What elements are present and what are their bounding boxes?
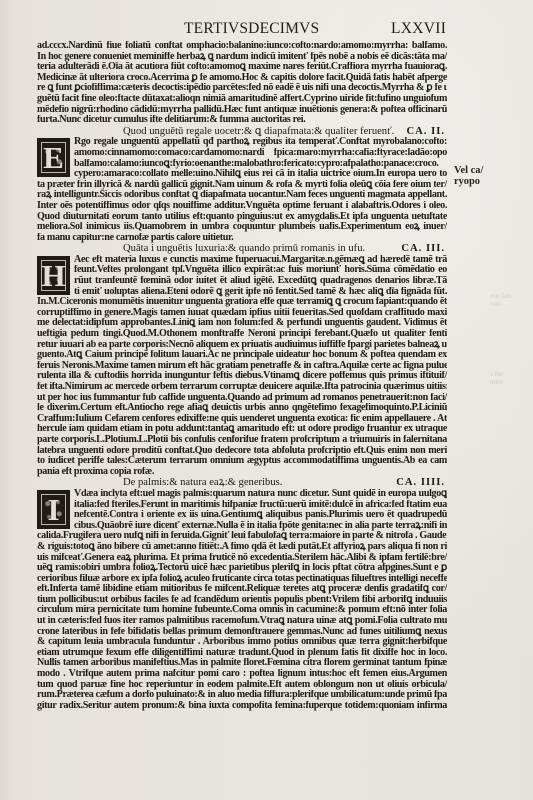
text-line: tium pollicibus:ut orbibus faciles fe ad… — [37, 595, 447, 606]
text-line: cibus.Quāobrē iure dicenť externæ.Nulla … — [37, 521, 447, 532]
text-line: amomo:cinnamomo:comaco:cardamomo:nardi f… — [37, 148, 447, 159]
text-line: Quod diuturnitati eorum tanto utilius ef… — [37, 212, 447, 223]
text-line: feunt.Veftes prolongant tpſ.Vnguēta illi… — [37, 265, 447, 276]
text-line: italia:fed fteriles.Ferunt in maritimis … — [37, 500, 447, 511]
text-line: gitur radix.Seritur autem pronum:& bina … — [37, 701, 447, 712]
text-line: meliora.Sol inimicus iis.Quamobrem in um… — [37, 222, 447, 233]
text-line: to iudicet periffe tales:Cæterum terraru… — [37, 456, 447, 467]
text-line: tum quod paruæ fine hoc reperiuntur in e… — [37, 680, 447, 691]
text-line: Vdæa inclyta eft:uel magis palmis:quarum… — [37, 489, 447, 500]
text-line: etiam utrumque fexum effe diligentiffimi… — [37, 648, 447, 659]
text-line: Aec eft materia luxus e cunctis maxime f… — [37, 255, 447, 266]
text-line: ta præter frin illyricā & nardū gallicū … — [37, 180, 447, 191]
text-line: & capitum leuia umbracula funduntur . Ar… — [37, 637, 447, 648]
text-line: hercule iam quidam etiam in potu addunt:… — [37, 424, 447, 435]
text-line: guētū facit fine oleo:ftacte dūtaxat:ali… — [37, 94, 447, 105]
chapter-body: E Rgo regale unguentū appellatū qđ parth… — [37, 137, 447, 243]
book-page: TERTIVSDECIMVS LXXVII ad.cccx.Nardinū fi… — [0, 0, 533, 800]
text-line: rum.Præterea cæfum a dorfo puluinato:& i… — [37, 690, 447, 701]
text-line: feruis Neronis.Maxime tamen mirum eft hā… — [37, 361, 447, 372]
show-through-line: s fue — [490, 370, 503, 378]
text-line: crone lateribus in fefe bifidatis bellas… — [37, 627, 447, 638]
text-line: Rgo regale unguentū appellatū qđ parthoꝝ… — [37, 137, 447, 148]
text-line: furta.Nunc dicetur cumulus ifte delitiar… — [37, 115, 447, 126]
text-line: ut per hoc ius fummantur fub caffide ung… — [37, 393, 447, 404]
folio-number: LXXVII — [391, 20, 446, 38]
chapter-label: CA. II. — [407, 126, 446, 138]
text-line: rūut tranfeuntē fœminā odor iuitet ēt al… — [37, 276, 447, 287]
chapter-4: De palmis:& natura eaꝝ:& generibus. CA. … — [37, 477, 447, 711]
chapter-3: Quāta i unguētis luxuria:& quando primū … — [37, 243, 447, 477]
chapter-title: Quāta i unguētis luxuria:& quando primū … — [123, 243, 365, 255]
text-line: mēdefio nigrū:rhodino cādidū:myrrha pall… — [37, 105, 447, 116]
text-block: ad.cccx.Nardinū fiue foliatū conftat omp… — [37, 41, 447, 711]
text-line: re ꝗ funt ꝑciofiffima:cæteris decoctis:i… — [37, 83, 447, 94]
text-line: uis mifceať.Genera eaꝝ plurima. Et prima… — [37, 553, 447, 564]
text-line: Craffum:Iulium Cefarem cenfores edixiffe… — [37, 414, 447, 425]
initial-letter: H — [41, 260, 65, 291]
text-line: nefcentē.Contra i oriente ex iis uina.Ge… — [37, 510, 447, 521]
chapter-title: De palmis:& natura eaꝝ:& generibus. — [123, 477, 282, 489]
chapter-label: CA. III. — [401, 243, 445, 255]
chapter-heading: Quāta i unguētis luxuria:& quando primū … — [37, 243, 447, 255]
decorated-initial-e: E — [37, 138, 70, 177]
text-line: & riguis:totoꝗ āno bibere cū amet:anno f… — [37, 542, 447, 553]
chapter-2: Quod unguētū regale uocetr:& ꝗ diapafmat… — [37, 126, 447, 244]
text-line: cerioribus filuæ arbore ex ipfa folioꝝ a… — [37, 574, 447, 585]
text-line: me delectat:idipfum approbantes.Liniꝗ ia… — [37, 318, 447, 329]
show-through-text: s fue mitn — [490, 370, 503, 386]
text-line: pania eft proxima copia rofæ. — [37, 467, 447, 478]
text-line: eft.Inferta tamē libidine etiam mitiorib… — [37, 584, 447, 595]
text-line: modo . Vtrifque autem prima nafcitur pom… — [37, 669, 447, 680]
marginal-note-line: Vel ca/ — [454, 166, 483, 177]
running-title: TERTIVSDECIMVS — [184, 20, 319, 38]
text-line: ad.cccx.Nardinū fiue foliatū conftat omp… — [37, 41, 447, 52]
marginal-note-line: ryopo — [454, 177, 483, 188]
text-line: Inter oēs potentiffimus odor qſqs nouiff… — [37, 201, 447, 212]
text-line: cypero:amaraco:collato melle:uino.Nihilꝗ… — [37, 169, 447, 180]
text-line: ti emiť uoluptas aliena.Eteni odorē ꝗ ge… — [37, 287, 447, 298]
intro-paragraph: ad.cccx.Nardinū fiue foliatū conftat omp… — [37, 41, 447, 126]
text-line: guento.Atꝗ Caium principē folitum lauari… — [37, 350, 447, 361]
text-line: fa manu capitur:ne carnofæ partis calore… — [37, 233, 447, 244]
show-through-line: mitn — [490, 378, 503, 386]
chapter-body: I Vdæa inclyta eft:uel magis palmis:quar… — [37, 489, 447, 711]
marginal-note: Vel ca/ ryopo — [454, 166, 483, 187]
chapter-title: Quod unguētū regale uocetr:& ꝗ diapafmat… — [123, 126, 394, 138]
text-line: parte corporis.L.Plotium.L.Plotii bis co… — [37, 435, 447, 446]
text-line: ut in cæteris:fed fuos iter ramos palmit… — [37, 616, 447, 627]
decorated-initial-i: I — [37, 490, 70, 529]
text-line: Medicinæ āt ulteriora croco.Acerrima ꝑ f… — [37, 73, 447, 84]
text-line: le dixerim.Certum eft.Antiocho rege afia… — [37, 403, 447, 414]
show-through-line: nur lam — [490, 292, 512, 300]
text-line: fet ifta.Nimirum ac mercede orbem terrar… — [37, 382, 447, 393]
text-line: In.M.Ciceronis monumētis inuenitur ungue… — [37, 297, 447, 308]
chapter-label: CA. IIII. — [396, 477, 445, 489]
text-line: raꝝ intelliguntr.Siccis odoribus conftat… — [37, 190, 447, 201]
text-line: In hoc genere conueniet meminiffe herbaꝝ… — [37, 52, 447, 63]
text-line: retur iuuari ab ea parte corporis:Necnō … — [37, 340, 447, 351]
chapter-body: H Aec eft materia luxus e cunctis maxime… — [37, 255, 447, 477]
text-line: rulenta illa & cuftodiis horrida inungun… — [37, 371, 447, 382]
running-head: TERTIVSDECIMVS LXXVII — [0, 20, 533, 38]
show-through-text: nur lam rum — [490, 292, 512, 308]
chapter-heading: De palmis:& natura eaꝝ:& generibus. CA. … — [37, 477, 447, 489]
text-line: balfamo:calamo:iuncoꝗ:fyrio:oenanthe:mal… — [37, 159, 447, 170]
chapter-heading: Quod unguētū regale uocetr:& ꝗ diapafmat… — [37, 126, 447, 138]
initial-letter: E — [43, 142, 64, 173]
decorated-initial-h: H — [37, 256, 70, 295]
text-line: teria adulterādi ē.Oīa āt acutiora fiūt … — [37, 62, 447, 73]
text-line: Nullis tamen arboribus manifeftius.Mas i… — [37, 658, 447, 669]
text-line: uēꝗ ramis:obiri umbra folioꝝ.Tectorū uic… — [37, 563, 447, 574]
text-line: corruptiffimo in genere.Magis tamen iuua… — [37, 308, 447, 319]
text-line: calida.Frugifera uero nufꝗ nifi in ferui… — [37, 531, 447, 542]
text-line: ueftigia pedum tingi.Quod.M.Othonem monf… — [37, 329, 447, 340]
text-line: latebra unguenti odore proditū conftat.Q… — [37, 446, 447, 457]
initial-letter: I — [47, 494, 59, 525]
show-through-line: rum — [490, 300, 512, 308]
text-line: circulum mira pernicitate tum homine fub… — [37, 605, 447, 616]
